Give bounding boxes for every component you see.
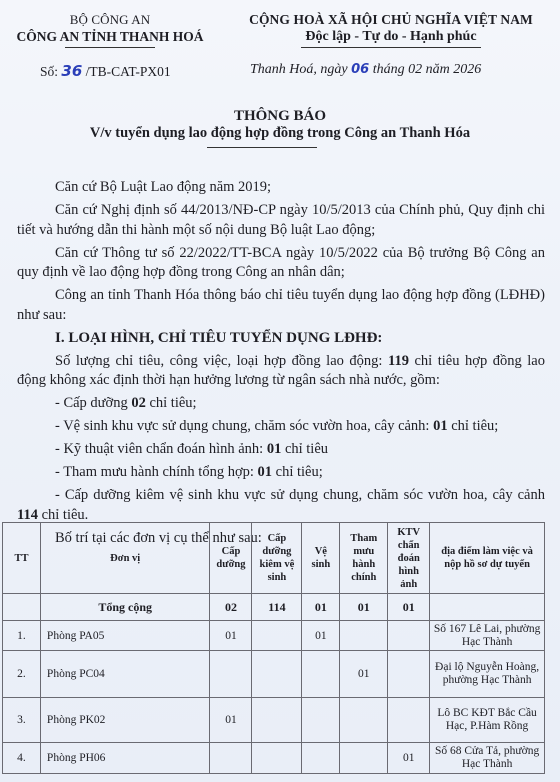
row-unit: Phòng PC04 bbox=[40, 651, 210, 698]
quota-item: - Cấp dưỡng kiêm vệ sinh khu vực sử dụng… bbox=[17, 486, 545, 525]
row-ve-sinh bbox=[302, 651, 340, 698]
row-cap-duong: 01 bbox=[210, 621, 252, 651]
document-title: THÔNG BÁO bbox=[0, 108, 560, 125]
row-unit: Phòng PA05 bbox=[40, 621, 210, 651]
quota-total: 119 bbox=[388, 353, 409, 369]
total-location bbox=[430, 594, 545, 621]
row-location: Số 167 Lê Lai, phường Hạc Thành bbox=[430, 621, 545, 651]
section-1-heading: I. LOẠI HÌNH, CHỈ TIÊU TUYỂN DỤNG LĐHĐ: bbox=[17, 329, 545, 349]
row-ktv: 01 bbox=[388, 743, 430, 774]
row-location: Đại lộ Nguyễn Hoàng, phường Hạc Thành bbox=[430, 651, 545, 698]
header-tt: TT bbox=[3, 523, 41, 594]
issuing-agency-block: BỘ CÔNG AN CÔNG AN TỈNH THANH HOÁ bbox=[0, 11, 220, 48]
total-tt bbox=[3, 594, 41, 621]
quota-item-text: - Cấp dưỡng kiêm vệ sinh khu vực sử dụng… bbox=[55, 487, 545, 503]
row-unit: Phòng PK02 bbox=[40, 698, 210, 743]
quota-item-suffix: chỉ tiêu; bbox=[272, 464, 323, 480]
quota-item-suffix: chỉ tiêu; bbox=[448, 418, 499, 434]
quota-summary: Số lượng chỉ tiêu, công việc, loại hợp đ… bbox=[17, 352, 545, 391]
quota-item-suffix: chỉ tiêu; bbox=[146, 395, 197, 411]
doc-number-prefix: Số: bbox=[40, 64, 58, 79]
row-tt: 4. bbox=[3, 743, 41, 774]
legal-basis-3: Căn cứ Thông tư số 22/2022/TT-BCA ngày 1… bbox=[17, 244, 545, 283]
row-ktv bbox=[388, 698, 430, 743]
quota-item-suffix: chỉ tiêu. bbox=[38, 507, 88, 523]
allocation-table: TT Đơn vị Cấp dưỡng Cấp dưỡng kiêm vệ si… bbox=[2, 522, 545, 774]
row-ktv bbox=[388, 651, 430, 698]
row-tt: 2. bbox=[3, 651, 41, 698]
row-unit: Phòng PH06 bbox=[40, 743, 210, 774]
row-tham-muu bbox=[340, 621, 388, 651]
date-prefix: Thanh Hoá, ngày bbox=[250, 62, 348, 77]
header-location: địa điểm làm việc và nộp hồ sơ dự tuyển bbox=[430, 523, 545, 594]
total-tham-muu: 01 bbox=[340, 594, 388, 621]
date-suffix: tháng 02 năm 2026 bbox=[373, 62, 482, 77]
quota-item-suffix: chỉ tiêu bbox=[281, 441, 328, 457]
row-cap-duong-kiem-ve-sinh bbox=[252, 621, 302, 651]
total-cap-duong: 02 bbox=[210, 594, 252, 621]
row-ve-sinh: 01 bbox=[302, 621, 340, 651]
total-cap-duong-kiem-ve-sinh: 114 bbox=[252, 594, 302, 621]
row-ve-sinh bbox=[302, 698, 340, 743]
header-ve-sinh: Vệ sinh bbox=[302, 523, 340, 594]
header-cap-duong-kiem-ve-sinh: Cấp dưỡng kiêm vệ sinh bbox=[252, 523, 302, 594]
quota-item: - Vệ sinh khu vực sử dụng chung, chăm só… bbox=[17, 417, 545, 437]
row-tham-muu bbox=[340, 743, 388, 774]
quota-item-count: 01 bbox=[267, 441, 282, 457]
row-location: Số 68 Cửa Tả, phường Hạc Thành bbox=[430, 743, 545, 774]
quota-item: - Cấp dưỡng 02 chỉ tiêu; bbox=[17, 394, 545, 414]
header-ktv: KTV chẩn đoán hình ảnh bbox=[388, 523, 430, 594]
subtitle-underline bbox=[207, 147, 317, 148]
header-tham-muu: Tham mưu hành chính bbox=[340, 523, 388, 594]
doc-number-handwritten: 36 bbox=[61, 62, 82, 80]
table-header-row: TT Đơn vị Cấp dưỡng Cấp dưỡng kiêm vệ si… bbox=[3, 523, 545, 594]
legal-basis-2: Căn cứ Nghị định số 44/2013/NĐ-CP ngày 1… bbox=[17, 201, 545, 240]
table-row: 3. Phòng PK02 01 Lô BC KĐT Bắc Cầu Hạc, … bbox=[3, 698, 545, 743]
national-motto: Độc lập - Tự do - Hạnh phúc bbox=[222, 28, 560, 45]
table-row: 4. Phòng PH06 01 Số 68 Cửa Tả, phường Hạ… bbox=[3, 743, 545, 774]
quota-item: - Tham mưu hành chính tổng hợp: 01 chỉ t… bbox=[17, 463, 545, 483]
total-ve-sinh: 01 bbox=[302, 594, 340, 621]
row-tt: 3. bbox=[3, 698, 41, 743]
quota-item-count: 01 bbox=[433, 418, 448, 434]
quota-item-text: - Cấp dưỡng bbox=[55, 395, 131, 411]
date-day-handwritten: 06 bbox=[351, 62, 369, 77]
doc-number-suffix: /TB-CAT-PX01 bbox=[86, 64, 171, 79]
quota-item-count: 01 bbox=[258, 464, 273, 480]
quota-item: - Kỹ thuật viên chẩn đoán hình ảnh: 01 c… bbox=[17, 440, 545, 460]
document-subtitle: V/v tuyển dụng lao động hợp đồng trong C… bbox=[0, 125, 560, 142]
row-cap-duong-kiem-ve-sinh bbox=[252, 743, 302, 774]
total-label: Tổng cộng bbox=[40, 594, 210, 621]
motto-underline bbox=[301, 47, 481, 48]
quota-item-count: 02 bbox=[131, 395, 146, 411]
quota-item-text: - Kỹ thuật viên chẩn đoán hình ảnh: bbox=[55, 441, 267, 457]
header-unit: Đơn vị bbox=[40, 523, 210, 594]
national-title-block: CỘNG HOÀ XÃ HỘI CHỦ NGHĨA VIỆT NAM Độc l… bbox=[222, 11, 560, 48]
table-row: 2. Phòng PC04 01 Đại lộ Nguyễn Hoàng, ph… bbox=[3, 651, 545, 698]
document-date: Thanh Hoá, ngày 06 tháng 02 năm 2026 bbox=[250, 62, 481, 78]
quota-item-text: - Tham mưu hành chính tổng hợp: bbox=[55, 464, 258, 480]
quota-item-text: - Vệ sinh khu vực sử dụng chung, chăm só… bbox=[55, 418, 433, 434]
row-tham-muu: 01 bbox=[340, 651, 388, 698]
row-cap-duong bbox=[210, 651, 252, 698]
row-cap-duong bbox=[210, 743, 252, 774]
row-cap-duong-kiem-ve-sinh bbox=[252, 698, 302, 743]
table-total-row: Tổng cộng 02 114 01 01 01 bbox=[3, 594, 545, 621]
announcement-intro: Công an tỉnh Thanh Hóa thông báo chỉ tiê… bbox=[17, 286, 545, 325]
row-cap-duong: 01 bbox=[210, 698, 252, 743]
row-location: Lô BC KĐT Bắc Cầu Hạc, P.Hàm Rồng bbox=[430, 698, 545, 743]
quota-item-count: 114 bbox=[17, 507, 38, 523]
header-cap-duong: Cấp dưỡng bbox=[210, 523, 252, 594]
agency-name: CÔNG AN TỈNH THANH HOÁ bbox=[0, 28, 220, 45]
row-tt: 1. bbox=[3, 621, 41, 651]
quota-summary-pre: Số lượng chỉ tiêu, công việc, loại hợp đ… bbox=[55, 353, 388, 369]
legal-basis-1: Căn cứ Bộ Luật Lao động năm 2019; bbox=[17, 178, 545, 198]
row-cap-duong-kiem-ve-sinh bbox=[252, 651, 302, 698]
agency-underline bbox=[65, 47, 155, 48]
document-number: Số: 36 /TB-CAT-PX01 bbox=[40, 62, 171, 80]
row-ktv bbox=[388, 621, 430, 651]
row-tham-muu bbox=[340, 698, 388, 743]
row-ve-sinh bbox=[302, 743, 340, 774]
total-ktv: 01 bbox=[388, 594, 430, 621]
country-name: CỘNG HOÀ XÃ HỘI CHỦ NGHĨA VIỆT NAM bbox=[222, 11, 560, 28]
document-body: Căn cứ Bộ Luật Lao động năm 2019; Căn cứ… bbox=[17, 178, 545, 552]
table-row: 1. Phòng PA05 01 01 Số 167 Lê Lai, phườn… bbox=[3, 621, 545, 651]
ministry-name: BỘ CÔNG AN bbox=[0, 11, 220, 28]
